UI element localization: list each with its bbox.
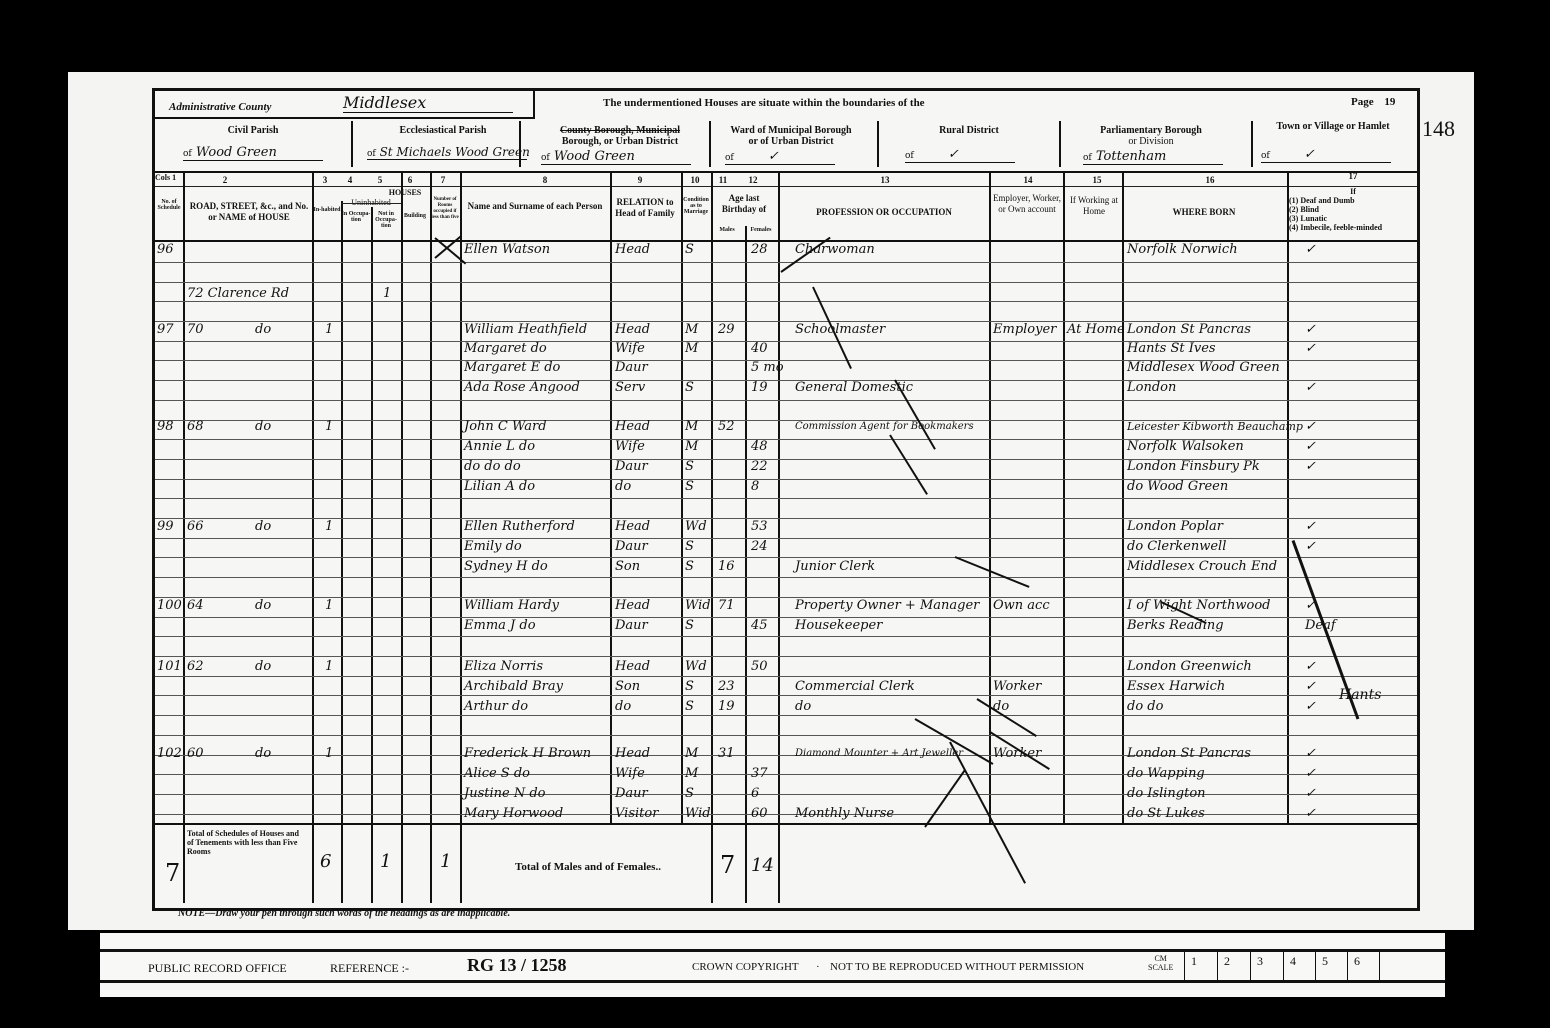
road-name <box>255 697 305 716</box>
occupation <box>795 537 995 556</box>
road-number <box>187 437 257 456</box>
female-age <box>751 284 777 303</box>
birthplace: do Wapping <box>1127 764 1287 783</box>
person-name: Frederick H Brown <box>464 744 610 763</box>
male-age <box>718 537 744 556</box>
occupation <box>795 784 995 803</box>
uninhabited-count <box>383 358 397 377</box>
census-row: 9868do1John C WardHeadM52Commission Agen… <box>155 417 1417 436</box>
census-row: Margaret E doDaur5 moMiddlesex Wood Gree… <box>155 358 1417 377</box>
birthplace: Hants St Ives <box>1127 339 1287 358</box>
marital-condition: S <box>685 677 709 696</box>
rural-district-text: ✓ <box>948 147 959 162</box>
ecclesiastical-value: of St Michaels Wood Green <box>367 145 527 160</box>
census-row: Archibald BraySonS23Commercial ClerkWork… <box>155 677 1417 696</box>
birthplace: do Islington <box>1127 784 1287 803</box>
ward-field: Ward of Municipal Borough or of Urban Di… <box>711 125 871 147</box>
female-age: 40 <box>751 339 777 358</box>
employment-status <box>993 557 1063 576</box>
employment-status <box>993 378 1063 397</box>
infirmity <box>1305 284 1365 303</box>
road-number <box>187 358 257 377</box>
schedule-number <box>157 677 183 696</box>
scale-box-1: 1 <box>1184 952 1217 980</box>
birthplace: London Finsbury Pk <box>1127 457 1287 476</box>
marital-condition: S <box>685 477 709 496</box>
relation: Head <box>615 657 679 676</box>
infirmity-4: (4) Imbecile, feeble-minded <box>1289 223 1417 232</box>
rule-line <box>155 282 1417 283</box>
male-age: 16 <box>718 557 744 576</box>
footer-permission: NOT TO BE REPRODUCED WITHOUT PERMISSION <box>830 961 1084 973</box>
road-name <box>255 764 305 783</box>
road-name <box>255 557 305 576</box>
uninhabited-count <box>383 697 397 716</box>
inhabited-count <box>325 358 339 377</box>
female-age <box>751 557 777 576</box>
scale-box-5: 5 <box>1315 952 1347 980</box>
footer-office: PUBLIC RECORD OFFICE <box>148 961 287 976</box>
rural-district-field: Rural District of ✓ <box>879 125 1059 136</box>
person-name: Ellen Rutherford <box>464 517 610 536</box>
header-not-in-occupation: Not in Occupa-tion <box>371 211 401 229</box>
inhabited-count <box>325 284 339 303</box>
marital-condition: M <box>685 417 709 436</box>
working-at-home: At Home <box>1067 320 1121 339</box>
borough-field: County Borough, Municipal Borough, or Ur… <box>535 125 705 147</box>
infirmity: ✓ <box>1305 784 1365 803</box>
relation: Head <box>615 517 679 536</box>
employment-status <box>993 457 1063 476</box>
birthplace: do Clerkenwell <box>1127 537 1287 556</box>
uninhabited-count <box>383 596 397 615</box>
person-name: Lilian A do <box>464 477 610 496</box>
header-in-occupation: In Occupa-tion <box>341 211 371 223</box>
schedule-number <box>157 557 183 576</box>
civil-parish-prefix: of <box>183 149 192 159</box>
road-name: do <box>255 744 305 763</box>
working-at-home <box>1067 457 1121 476</box>
census-row: Lilian A dodoS8do Wood Green <box>155 477 1417 496</box>
occupation: Property Owner + Manager <box>795 596 995 615</box>
infirmity: ✓ <box>1305 537 1365 556</box>
birthplace: do do <box>1127 697 1287 716</box>
road-number <box>187 457 257 476</box>
relation: Daur <box>615 537 679 556</box>
person-name: Justine N do <box>464 784 610 803</box>
schedule-number <box>157 697 183 716</box>
header-females: Females <box>745 227 777 233</box>
male-age <box>718 358 744 377</box>
birthplace: London St Pancras <box>1127 744 1287 763</box>
infirmity <box>1305 477 1365 496</box>
inhabited-count: 1 <box>325 320 339 339</box>
occupation <box>795 477 995 496</box>
birthplace: Middlesex Crouch End <box>1127 557 1287 576</box>
occupation <box>795 657 995 676</box>
road-number <box>187 804 257 823</box>
col-number-15: 15 <box>1087 175 1107 185</box>
col-number-10: 10 <box>685 175 705 185</box>
employment-status <box>993 764 1063 783</box>
borough-label-2: Borough, or Urban District <box>535 136 705 147</box>
person-name: Mary Horwood <box>464 804 610 823</box>
civil-parish-field: Civil Parish of Wood Green <box>155 125 351 136</box>
uninhabited-count <box>383 240 397 259</box>
uninhabited-count <box>383 320 397 339</box>
rural-district-prefix: of <box>905 151 914 161</box>
road-name: do <box>255 596 305 615</box>
person-name: Sydney H do <box>464 557 610 576</box>
location-fields: Civil Parish of Wood Green Ecclesiastica… <box>155 121 1417 169</box>
inhabited-count <box>325 378 339 397</box>
road-name <box>255 804 305 823</box>
road-name: do <box>255 320 305 339</box>
col-number-8: 8 <box>535 175 555 185</box>
marital-condition: M <box>685 437 709 456</box>
road-number <box>187 677 257 696</box>
relation: Daur <box>615 784 679 803</box>
marital-condition: S <box>685 616 709 635</box>
page-label: Page 19 <box>1351 96 1395 108</box>
infirmity: ✓ <box>1305 517 1365 536</box>
male-age <box>718 616 744 635</box>
relation: Son <box>615 677 679 696</box>
civil-parish-text: Wood Green <box>196 145 277 160</box>
occupation: Monthly Nurse <box>795 804 995 823</box>
header-rooms: Number of Rooms occupied if less than fi… <box>430 197 460 221</box>
ward-label-2: or of Urban District <box>711 136 871 147</box>
relation: Head <box>615 596 679 615</box>
uninhabited-count <box>383 378 397 397</box>
rule-line <box>155 577 1417 578</box>
road-name <box>255 677 305 696</box>
inhabited-count: 1 <box>325 517 339 536</box>
occupation: Schoolmaster <box>795 320 995 339</box>
employment-status <box>993 240 1063 259</box>
working-at-home <box>1067 284 1121 303</box>
schedule-number <box>157 358 183 377</box>
header-at-home: If Working at Home <box>1065 195 1123 217</box>
header-employer: Employer, Worker, or Own account <box>991 193 1063 215</box>
employment-status <box>993 477 1063 496</box>
female-age: 6 <box>751 784 777 803</box>
inhabited-count: 1 <box>325 596 339 615</box>
road-number <box>187 240 257 259</box>
schedule-number <box>157 437 183 456</box>
ecclesiastical-label: Ecclesiastical Parish <box>353 125 533 136</box>
header-inhabited: In-habited <box>313 207 341 213</box>
birthplace: London <box>1127 378 1287 397</box>
footer-scale-label: CMSCALE <box>1148 954 1173 972</box>
col-number-11: 11 <box>713 175 733 185</box>
header-name: Name and Surname of each Person <box>460 201 610 212</box>
employment-status: Employer <box>993 320 1063 339</box>
road-number: 64 <box>187 596 257 615</box>
employment-status <box>993 284 1063 303</box>
marital-condition: S <box>685 240 709 259</box>
inhabited-count <box>325 437 339 456</box>
working-at-home <box>1067 744 1121 763</box>
schedule-number <box>157 764 183 783</box>
marital-condition <box>685 358 709 377</box>
male-age <box>718 240 744 259</box>
borough-prefix: of <box>541 153 550 163</box>
col-number-14: 14 <box>1018 175 1038 185</box>
parliamentary-text: Tottenham <box>1096 149 1166 164</box>
parliamentary-label-2: or Division <box>1061 136 1241 147</box>
uninhabited-count <box>383 616 397 635</box>
road-number <box>187 477 257 496</box>
header-building: Building <box>401 213 429 219</box>
rural-district-value: of ✓ <box>905 147 1015 163</box>
marital-condition: Wd <box>685 517 709 536</box>
relation: Wife <box>615 339 679 358</box>
infirmity-title: If <box>1289 187 1417 196</box>
relation: Wife <box>615 764 679 783</box>
header-age: Age last Birthday of <box>711 193 777 215</box>
town-field: Town or Village or Hamlet of ✓ <box>1253 121 1413 132</box>
footer-bar: PUBLIC RECORD OFFICE REFERENCE :- RG 13 … <box>100 933 1445 997</box>
employment-status <box>993 437 1063 456</box>
rule-line <box>155 400 1417 401</box>
infirmity: ✓ <box>1305 457 1365 476</box>
occupation <box>795 437 995 456</box>
road-number <box>187 616 257 635</box>
occupation <box>795 517 995 536</box>
uninhabited-count: 1 <box>383 284 397 303</box>
employment-status <box>993 517 1063 536</box>
male-age: 52 <box>718 417 744 436</box>
schedule-number: 101 <box>157 657 183 676</box>
total-inhabited: 6 <box>320 851 331 872</box>
uninhabited-count <box>383 457 397 476</box>
male-age <box>718 457 744 476</box>
employment-status: Worker <box>993 744 1063 763</box>
female-age <box>751 596 777 615</box>
road-number <box>187 557 257 576</box>
marital-condition: S <box>685 557 709 576</box>
heading-text: The undermentioned Houses are situate wi… <box>603 97 925 109</box>
schedule-number: 96 <box>157 240 183 259</box>
birthplace <box>1127 284 1287 303</box>
census-row: Ada Rose AngoodServS19General DomesticLo… <box>155 378 1417 397</box>
schedule-number: 98 <box>157 417 183 436</box>
working-at-home <box>1067 596 1121 615</box>
total-uninhabited: 1 <box>380 851 391 872</box>
uninhabited-count <box>383 657 397 676</box>
female-age: 37 <box>751 764 777 783</box>
female-age: 8 <box>751 477 777 496</box>
employment-status <box>993 417 1063 436</box>
female-age <box>751 417 777 436</box>
female-age: 48 <box>751 437 777 456</box>
census-row: Arthur dodoS19dododo do✓ <box>155 697 1417 716</box>
scale-box-2: 2 <box>1217 952 1250 980</box>
employment-status: do <box>993 697 1063 716</box>
marital-condition: S <box>685 457 709 476</box>
uninhabited-count <box>383 804 397 823</box>
person-name: William Hardy <box>464 596 610 615</box>
birthplace: London St Pancras <box>1127 320 1287 339</box>
col-number-5: 5 <box>370 175 390 185</box>
employment-status <box>993 784 1063 803</box>
marital-condition: M <box>685 744 709 763</box>
uninhabited-count <box>383 784 397 803</box>
birthplace: do St Lukes <box>1127 804 1287 823</box>
male-age <box>718 784 744 803</box>
road-name <box>255 358 305 377</box>
relation: Serv <box>615 378 679 397</box>
person-name: do do do <box>464 457 610 476</box>
town-value: of ✓ <box>1261 147 1391 163</box>
working-at-home <box>1067 378 1121 397</box>
birthplace: London Poplar <box>1127 517 1287 536</box>
uninhabited-count <box>383 557 397 576</box>
col-number-9: 9 <box>630 175 650 185</box>
person-name: William Heathfield <box>464 320 610 339</box>
person-name: Ellen Watson <box>464 240 610 259</box>
uninhabited-count <box>383 477 397 496</box>
relation: Head <box>615 417 679 436</box>
working-at-home <box>1067 616 1121 635</box>
male-age <box>718 764 744 783</box>
female-age: 60 <box>751 804 777 823</box>
infirmity: ✓ <box>1305 320 1365 339</box>
occupation: Commission Agent for Bookmakers <box>795 417 995 436</box>
working-at-home <box>1067 477 1121 496</box>
inhabited-count <box>325 616 339 635</box>
schedule-number <box>157 784 183 803</box>
relation: Wife <box>615 437 679 456</box>
census-row: Margaret doWifeM40Hants St Ives✓ <box>155 339 1417 358</box>
person-name: John C Ward <box>464 417 610 436</box>
male-age: 71 <box>718 596 744 615</box>
inhabited-count <box>325 697 339 716</box>
working-at-home <box>1067 784 1121 803</box>
rule-line <box>155 636 1417 637</box>
schedule-number: 102 <box>157 744 183 763</box>
person-name: Archibald Bray <box>464 677 610 696</box>
male-age <box>718 517 744 536</box>
marital-condition <box>685 284 709 303</box>
page-label-text: Page <box>1351 96 1374 108</box>
inhabited-count: 1 <box>325 657 339 676</box>
civil-parish-value: of Wood Green <box>183 145 323 161</box>
road-number <box>187 537 257 556</box>
schedule-number <box>157 616 183 635</box>
census-row: 10260do1Frederick H BrownHeadM31Diamond … <box>155 744 1417 763</box>
total-females: 14 <box>751 855 774 876</box>
parliamentary-field: Parliamentary Borough or Division of Tot… <box>1061 125 1241 147</box>
occupation <box>795 284 995 303</box>
working-at-home <box>1067 517 1121 536</box>
female-age: 53 <box>751 517 777 536</box>
schedule-number: 97 <box>157 320 183 339</box>
schedule-number <box>157 477 183 496</box>
road-name <box>255 284 305 303</box>
employment-status: Own acc <box>993 596 1063 615</box>
infirmity: ✓ <box>1305 764 1365 783</box>
inhabited-count: 1 <box>325 744 339 763</box>
male-age: 23 <box>718 677 744 696</box>
uninhabited-count <box>383 764 397 783</box>
footer-separator: · <box>816 961 820 973</box>
person-name: Eliza Norris <box>464 657 610 676</box>
census-row: Sydney H doSonS16Junior ClerkMiddlesex C… <box>155 557 1417 576</box>
employment-status <box>993 804 1063 823</box>
working-at-home <box>1067 804 1121 823</box>
working-at-home <box>1067 417 1121 436</box>
uninhabited-count <box>383 517 397 536</box>
male-age <box>718 477 744 496</box>
scale-box-end <box>1379 952 1419 980</box>
occupation <box>795 457 995 476</box>
uninhabited-count <box>383 677 397 696</box>
census-row: 10064do1William HardyHeadWid71Property O… <box>155 596 1417 615</box>
female-age: 45 <box>751 616 777 635</box>
rule-line <box>155 735 1417 736</box>
road-name <box>255 537 305 556</box>
road-name <box>255 784 305 803</box>
male-age <box>718 804 744 823</box>
borough-text: Wood Green <box>554 149 635 164</box>
col-number-12: 12 <box>743 175 763 185</box>
ecclesiastical-prefix: of <box>367 149 376 159</box>
col-number-13: 13 <box>875 175 895 185</box>
infirmity: ✓ <box>1305 339 1365 358</box>
relation: do <box>615 697 679 716</box>
inhabited-count <box>325 804 339 823</box>
inhabited-count: 1 <box>325 417 339 436</box>
inhabited-count <box>325 240 339 259</box>
header-where-born: WHERE BORN <box>1123 207 1285 218</box>
admin-county-value: Middlesex <box>343 93 513 113</box>
inhabited-count <box>325 339 339 358</box>
occupation: Charwoman <box>795 240 995 259</box>
person-name: Annie L do <box>464 437 610 456</box>
schedule-number <box>157 339 183 358</box>
footer-reference-label: REFERENCE :- <box>330 961 409 976</box>
working-at-home <box>1067 240 1121 259</box>
birthplace: Middlesex Wood Green <box>1127 358 1287 377</box>
road-number: 66 <box>187 517 257 536</box>
female-age: 28 <box>751 240 777 259</box>
parliamentary-prefix: of <box>1083 153 1092 163</box>
infirmity: ✓ <box>1305 744 1365 763</box>
person-name: Arthur do <box>464 697 610 716</box>
total-rooms: 1 <box>440 851 451 872</box>
person-name: Emma J do <box>464 616 610 635</box>
inhabited-count <box>325 457 339 476</box>
town-text: ✓ <box>1304 147 1315 162</box>
relation: Daur <box>615 457 679 476</box>
marital-condition: S <box>685 697 709 716</box>
admin-county-label: Administrative County <box>169 101 271 113</box>
schedule-number <box>157 378 183 397</box>
ecclesiastical-parish-field: Ecclesiastical Parish of St Michaels Woo… <box>353 125 533 136</box>
person-name: Margaret E do <box>464 358 610 377</box>
working-at-home <box>1067 677 1121 696</box>
birthplace: Berks Reading <box>1127 616 1287 635</box>
employment-status <box>993 657 1063 676</box>
col-number-4: 4 <box>340 175 360 185</box>
birthplace: I of Wight Northwood <box>1127 596 1287 615</box>
admin-county-box: Administrative County Middlesex <box>155 91 535 119</box>
road-name <box>255 616 305 635</box>
female-age: 50 <box>751 657 777 676</box>
inhabited-count <box>325 764 339 783</box>
